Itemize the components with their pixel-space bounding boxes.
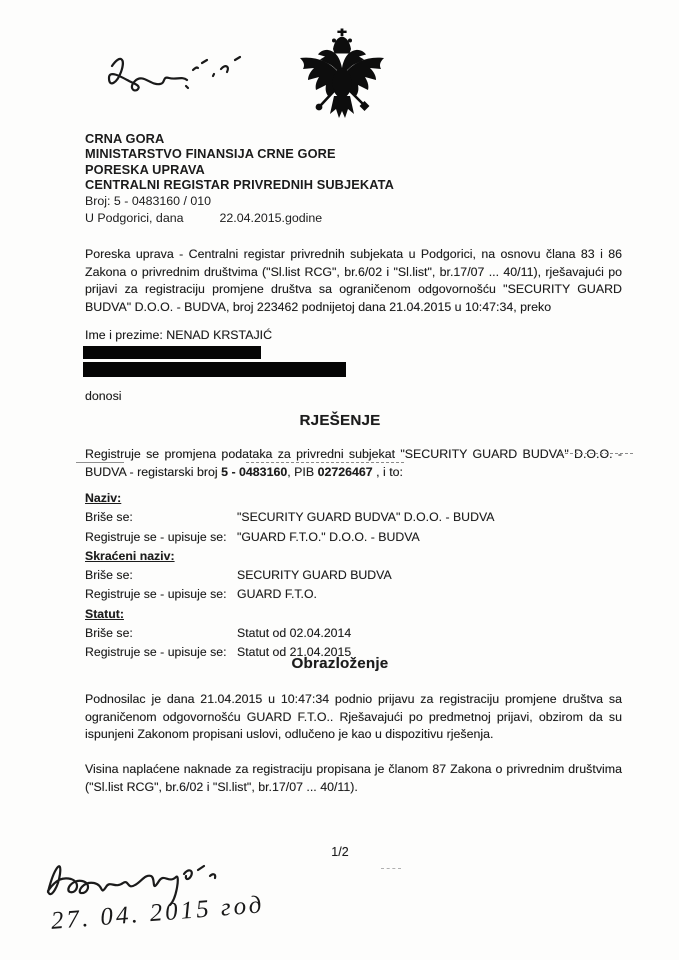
- section-title-naziv: Naziv:: [85, 489, 630, 508]
- explanation-paragraph-1: Podnosilac je dana 21.04.2015 u 10:47:34…: [85, 691, 622, 744]
- document-date: 22.04.2015.godine: [220, 211, 323, 225]
- row-label: Registruje se - upisuje se:: [85, 528, 237, 547]
- donosi-line: donosi: [85, 389, 122, 403]
- redaction-bar: [83, 346, 261, 359]
- decision-intro-paragraph: Registruje se promjena podataka za privr…: [85, 446, 622, 481]
- section-row: Briše se: "SECURITY GUARD BUDVA" D.O.O. …: [85, 508, 630, 527]
- section-row: Registruje se - upisuje se: "GUARD F.T.O…: [85, 528, 630, 547]
- letterhead: CRNA GORA MINISTARSTVO FINANSIJA CRNE GO…: [85, 131, 394, 227]
- section-row: Briše se: SECURITY GUARD BUDVA: [85, 566, 630, 585]
- submitter-line: Ime i prezime: NENAD KRSTAJIĆ: [85, 328, 272, 342]
- section-row: Briše se: Statut od 02.04.2014: [85, 624, 630, 643]
- montenegro-coat-of-arms-icon: [292, 27, 392, 127]
- row-label: Registruje se - upisuje se:: [85, 585, 237, 604]
- scan-artifact: [381, 868, 401, 869]
- handwritten-signature-icon: 27. 04. 2015 год: [38, 848, 288, 958]
- explanation-paragraph-2: Visina naplaćene naknade za registraciju…: [85, 761, 622, 796]
- letterhead-country: CRNA GORA: [85, 131, 394, 146]
- explanation-title: Obrazloženje: [60, 655, 620, 672]
- letterhead-administration: PORESKA UPRAVA: [85, 162, 394, 177]
- section-title-statut: Statut:: [85, 605, 630, 624]
- letterhead-ministry: MINISTARSTVO FINANSIJA CRNE GORE: [85, 146, 394, 161]
- place-date-line: U Podgorici, dana22.04.2015.godine: [85, 210, 394, 227]
- decision-intro-text: , PIB: [287, 465, 317, 479]
- row-value: GUARD F.T.O.: [237, 585, 317, 604]
- section-title-skraceni-naziv: Skraćeni naziv:: [85, 547, 630, 566]
- row-label: Briše se:: [85, 508, 237, 527]
- scan-artifact: [560, 453, 633, 454]
- letterhead-registry: CENTRALNI REGISTAR PRIVREDNIH SUBJEKATA: [85, 177, 394, 192]
- row-value: Statut od 02.04.2014: [237, 624, 351, 643]
- row-label: Briše se:: [85, 566, 237, 585]
- changes-section: Naziv: Briše se: "SECURITY GUARD BUDVA" …: [85, 489, 630, 663]
- decision-intro-text: , i to:: [373, 465, 403, 479]
- intro-paragraph: Poreska uprava - Centralni registar priv…: [85, 246, 622, 316]
- row-value: "GUARD F.T.O." D.O.O. - BUDVA: [237, 528, 420, 547]
- scanned-document-page: CRNA GORA MINISTARSTVO FINANSIJA CRNE GO…: [0, 0, 679, 960]
- row-value: "SECURITY GUARD BUDVA" D.O.O. - BUDVA: [237, 508, 494, 527]
- section-row: Registruje se - upisuje se: GUARD F.T.O.: [85, 585, 630, 604]
- row-value: SECURITY GUARD BUDVA: [237, 566, 392, 585]
- row-label: Briše se:: [85, 624, 237, 643]
- decision-title: RJEŠENJE: [60, 412, 620, 429]
- pib-number: 02726467: [318, 465, 373, 479]
- handwritten-annotation-icon: [96, 46, 246, 116]
- document-number: Broj: 5 - 0483160 / 010: [85, 193, 394, 210]
- scan-artifact: [246, 462, 404, 463]
- place-label: U Podgorici, dana: [85, 211, 184, 225]
- redaction-bar: [83, 362, 346, 377]
- registry-number: 5 - 0483160: [221, 465, 287, 479]
- scan-artifact: [76, 462, 124, 463]
